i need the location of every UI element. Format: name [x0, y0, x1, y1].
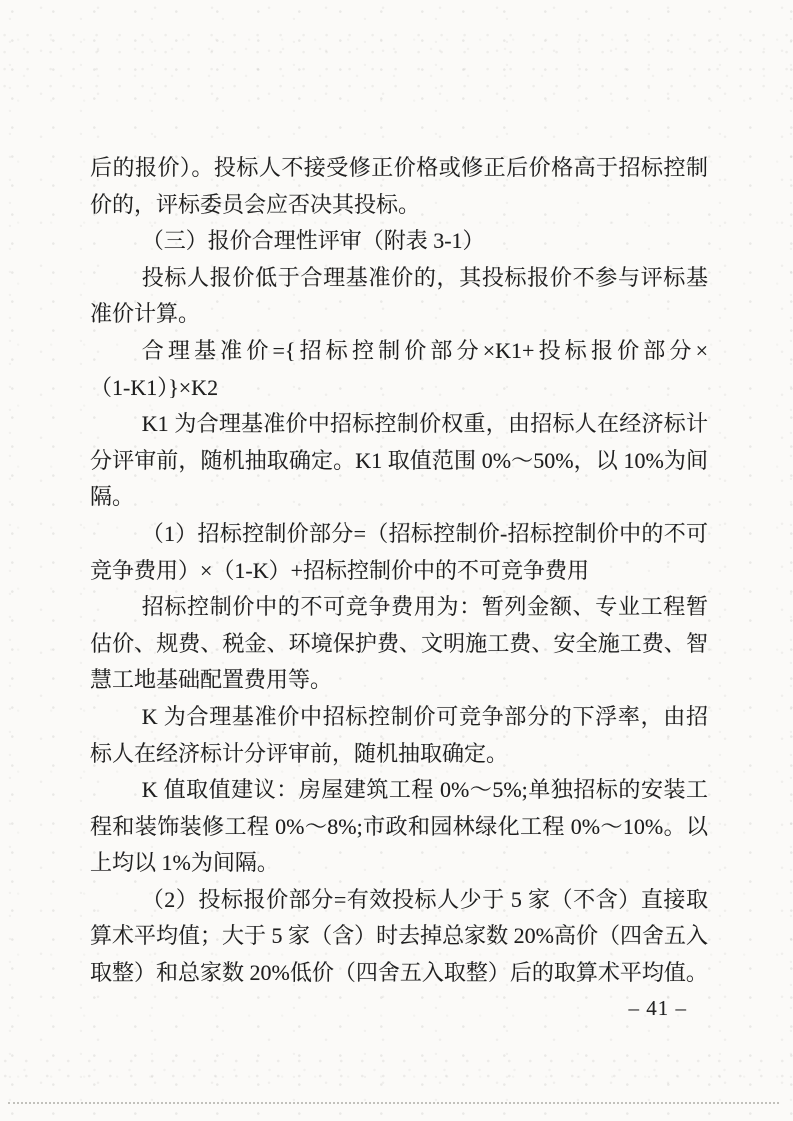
text-line: 估价、规费、税金、环境保护费、文明施工费、安全施工费、智 [90, 626, 708, 663]
text-line: 价的，评标委员会应否决其投标。 [90, 187, 708, 224]
text-line: 取整）和总家数 20%低价（四舍五入取整）后的取算术平均值。 [90, 955, 708, 992]
text-line: 竞争费用）×（1-K）+招标控制价中的不可竞争费用 [90, 553, 708, 590]
text-line: 程和装饰装修工程 0%～8%;市政和园林绿化工程 0%～10%。以 [90, 809, 708, 846]
document-body: 后的报价）。投标人不接受修正价格或修正后价格高于招标控制价的，评标委员会应否决其… [90, 150, 708, 992]
text-line: 标人在经济标计分评审前，随机抽取确定。 [90, 736, 708, 773]
text-line: 分评审前，随机抽取确定。K1 取值范围 0%～50%，以 10%为间 [90, 443, 708, 480]
text-line: K1 为合理基准价中招标控制价权重，由招标人在经济标计 [90, 406, 708, 443]
text-line: （1）招标控制价部分=（招标控制价-招标控制价中的不可 [90, 516, 708, 553]
text-line: （1-K1）}×K2 [90, 370, 708, 407]
text-line: 隔。 [90, 479, 708, 516]
text-line: 后的报价）。投标人不接受修正价格或修正后价格高于招标控制 [90, 150, 708, 187]
text-line: （2）投标报价部分=有效投标人少于 5 家（不含）直接取 [90, 882, 708, 919]
text-line: 投标人报价低于合理基准价的，其投标报价不参与评标基 [90, 260, 708, 297]
text-line: （三）报价合理性评审（附表 3-1） [90, 223, 708, 260]
text-line: 合理基准价={招标控制价部分×K1+投标报价部分× [90, 333, 708, 370]
text-line: K 值取值建议：房屋建筑工程 0%～5%;单独招标的安装工 [90, 772, 708, 809]
document-page: 后的报价）。投标人不接受修正价格或修正后价格高于招标控制价的，评标委员会应否决其… [0, 0, 793, 1121]
text-line: 算术平均值；大于 5 家（含）时去掉总家数 20%高价（四舍五入 [90, 918, 708, 955]
scan-noise-band-top [0, 30, 793, 100]
page-number: – 41 – [629, 996, 688, 1021]
text-line: K 为合理基准价中招标控制价可竞争部分的下浮率，由招 [90, 699, 708, 736]
text-line: 慧工地基础配置费用等。 [90, 662, 708, 699]
text-line: 招标控制价中的不可竞争费用为：暂列金额、专业工程暂 [90, 589, 708, 626]
text-line: 上均以 1%为间隔。 [90, 845, 708, 882]
scan-edge-artifact [8, 1102, 779, 1104]
text-line: 准价计算。 [90, 296, 708, 333]
scan-noise-band-bottom [0, 1055, 793, 1085]
